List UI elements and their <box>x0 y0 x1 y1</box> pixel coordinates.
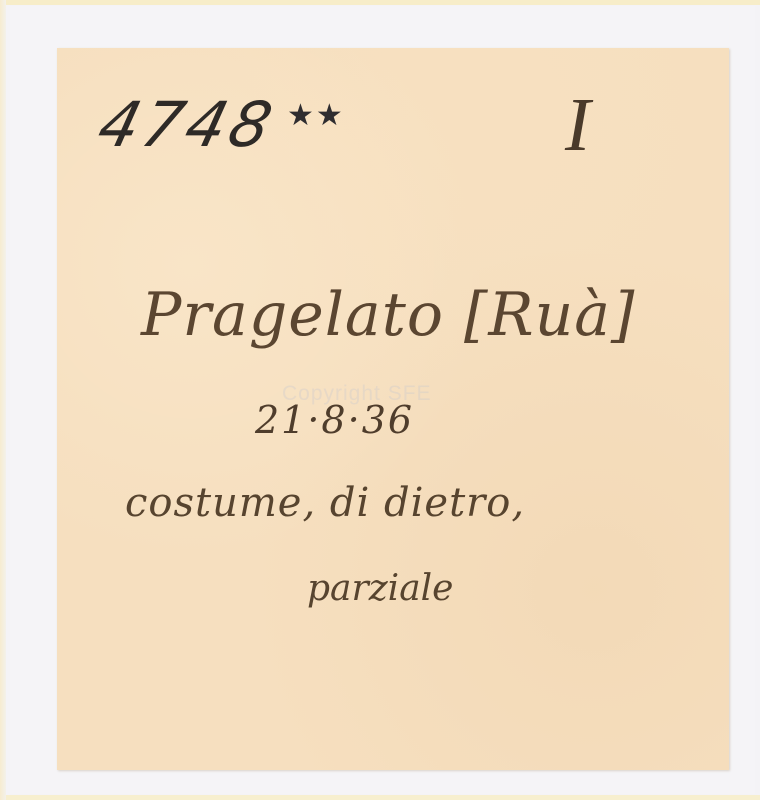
description-line-1: costume, di dietro, <box>125 480 525 526</box>
star-marks: ★★ <box>287 98 345 133</box>
place-name: Pragelato [Ruà] <box>141 280 635 350</box>
outer-edge-top <box>0 0 760 5</box>
description-line-2: parziale <box>307 568 453 609</box>
roman-numeral: I <box>565 82 590 169</box>
outer-edge-bottom <box>0 795 760 800</box>
inventory-number: 4748 <box>91 88 283 161</box>
outer-edge-left <box>0 0 6 800</box>
index-card: 4748 ★★ I Pragelato [Ruà] 21·8·36 costum… <box>57 48 729 770</box>
copyright-watermark: Copyright SFE <box>282 382 432 406</box>
